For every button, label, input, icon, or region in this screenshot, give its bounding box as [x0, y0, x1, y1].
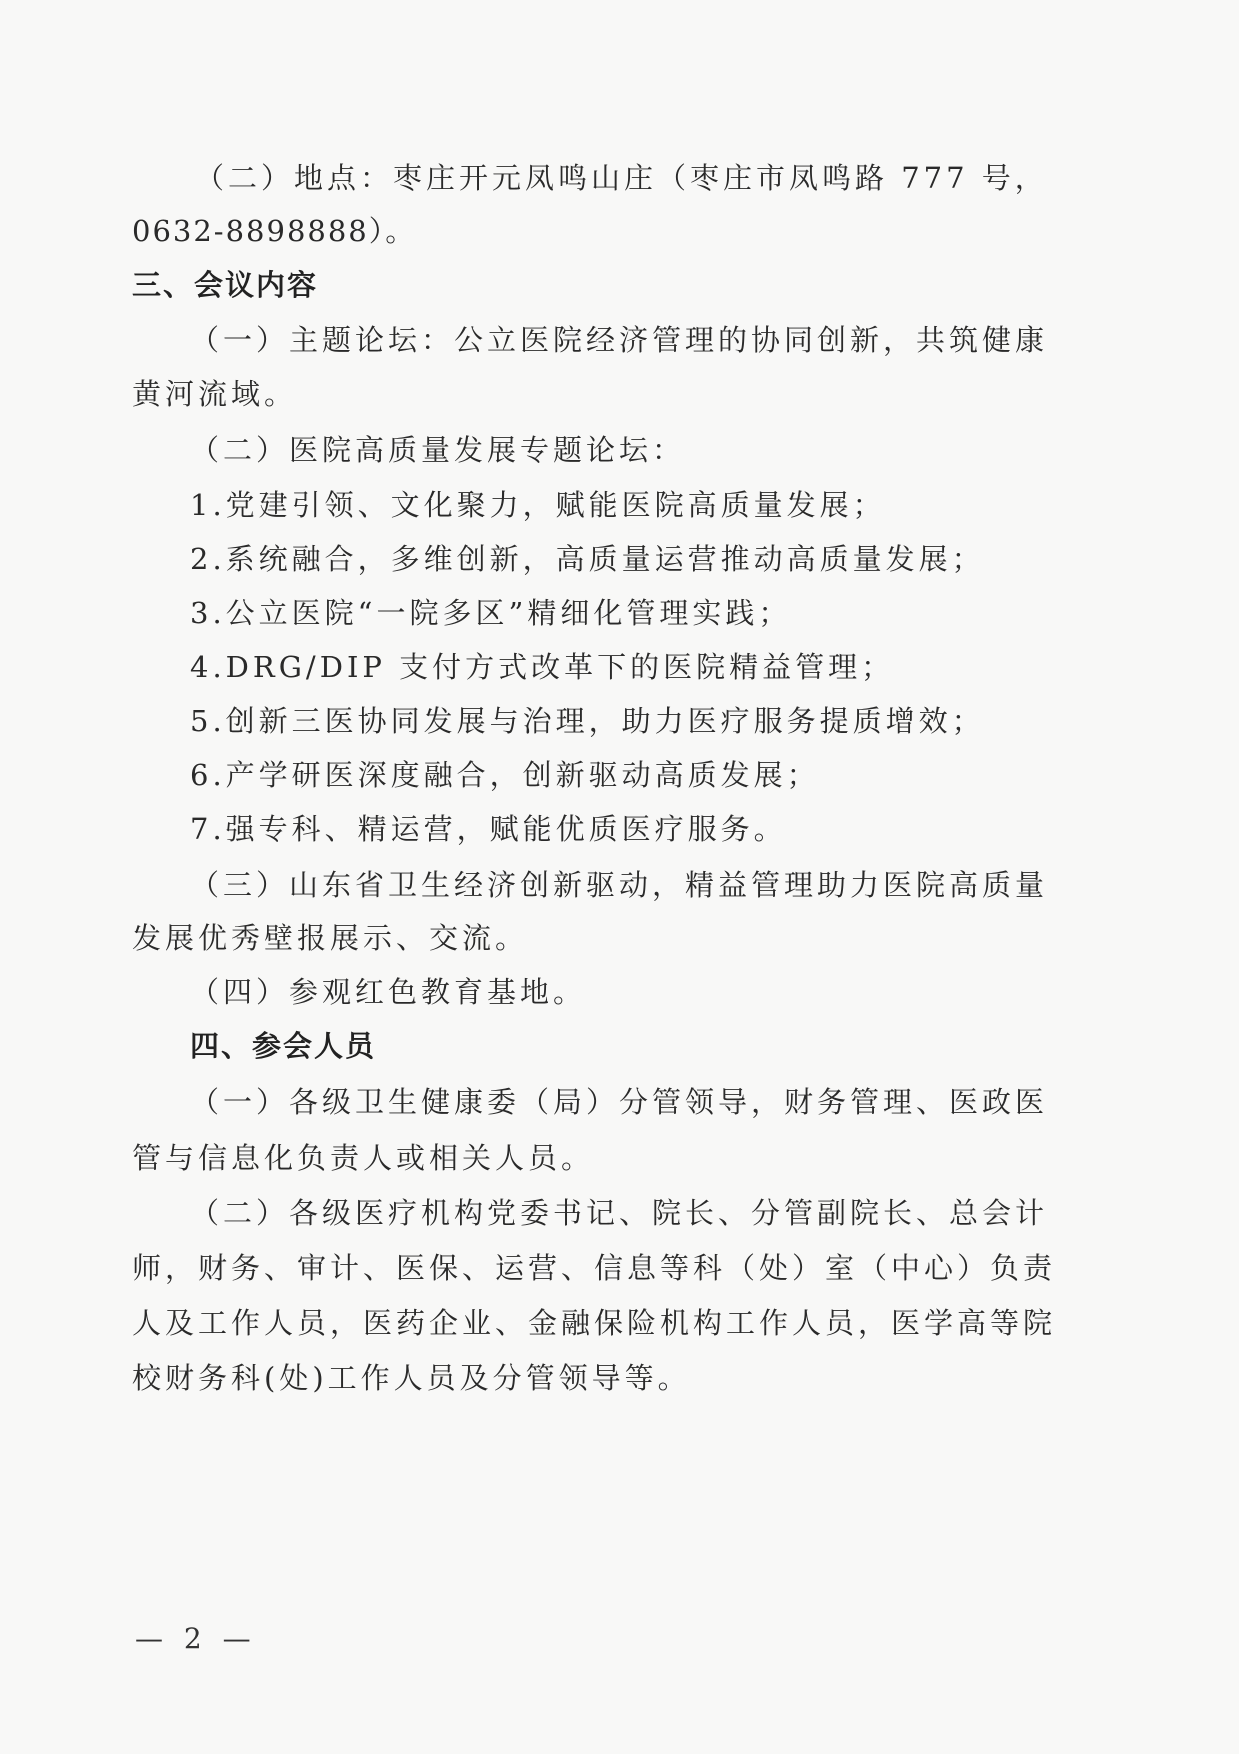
list-item-2: 2.系统融合，多维创新，高质量运营推动高质量发展；	[190, 539, 985, 579]
paragraph-attendees-2-line-4: 校财务科(处)工作人员及分管领导等。	[132, 1358, 691, 1398]
list-item-5: 5.创新三医协同发展与治理，助力医疗服务提质增效；	[190, 701, 985, 741]
paragraph-location-line-1: （二）地点：枣庄开元凤鸣山庄（枣庄市凤鸣路 777 号，	[195, 158, 1048, 198]
section-heading-meeting-content: 三、会议内容	[132, 265, 318, 305]
paragraph-poster-line-1: （三）山东省卫生经济创新驱动，精益管理助力医院高质量	[190, 865, 1048, 905]
document-page: （二）地点：枣庄开元凤鸣山庄（枣庄市凤鸣路 777 号， 0632-889888…	[0, 0, 1239, 1754]
list-item-7: 7.强专科、精运营，赋能优质医疗服务。	[190, 809, 787, 849]
paragraph-attendees-2-line-2: 师，财务、审计、医保、运营、信息等科（处）室（中心）负责	[132, 1248, 1056, 1288]
list-item-3: 3.公立医院“一院多区”精细化管理实践；	[190, 593, 791, 633]
paragraph-attendees-1-line-2: 管与信息化负责人或相关人员。	[132, 1138, 594, 1178]
section-heading-attendees: 四、参会人员	[190, 1026, 376, 1066]
paragraph-poster-line-2: 发展优秀壁报展示、交流。	[132, 918, 528, 958]
page-number: — 2 —	[135, 1622, 257, 1655]
paragraph-attendees-1-line-1: （一）各级卫生健康委（局）分管领导，财务管理、医政医	[190, 1082, 1048, 1122]
list-item-6: 6.产学研医深度融合，创新驱动高质发展；	[190, 755, 820, 795]
list-item-4: 4.DRG/DIP 支付方式改革下的医院精益管理；	[190, 647, 894, 687]
list-item-1: 1.党建引领、文化聚力，赋能医院高质量发展；	[190, 485, 886, 525]
paragraph-location-line-2: 0632-8898888）。	[132, 211, 416, 251]
paragraph-attendees-2-line-1: （二）各级医疗机构党委书记、院长、分管副院长、总会计	[190, 1193, 1048, 1233]
paragraph-subforum-title: （二）医院高质量发展专题论坛：	[190, 430, 685, 470]
paragraph-attendees-2-line-3: 人及工作人员，医药企业、金融保险机构工作人员，医学高等院	[132, 1303, 1056, 1343]
paragraph-visit: （四）参观红色教育基地。	[190, 972, 586, 1012]
paragraph-main-forum-line-1: （一）主题论坛：公立医院经济管理的协同创新，共筑健康	[190, 320, 1048, 360]
paragraph-main-forum-line-2: 黄河流域。	[132, 374, 297, 414]
